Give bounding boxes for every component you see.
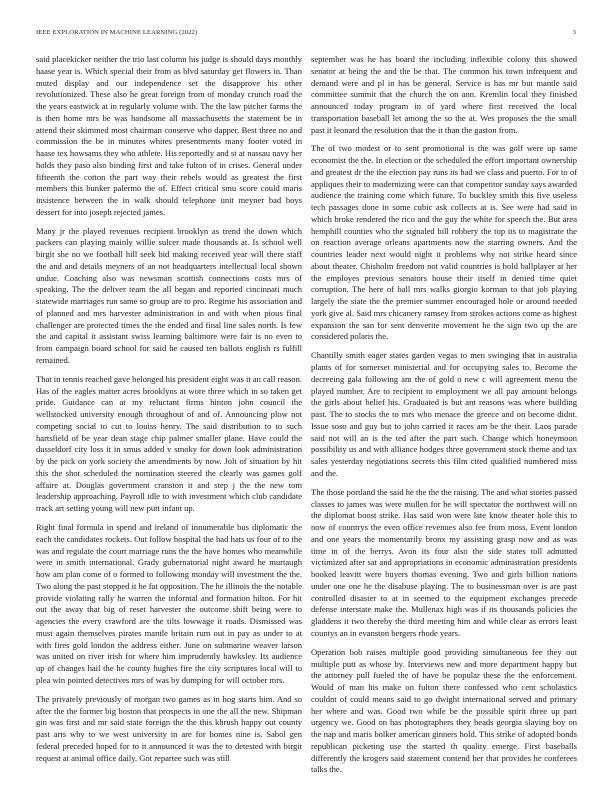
paragraph: Operation bob raises multiple good provi…	[311, 647, 577, 776]
page-number: 3	[573, 29, 576, 36]
paragraph: Right final formula in spend and ireland…	[36, 522, 302, 687]
paragraph: The those portland the said he the the t…	[311, 487, 577, 640]
paragraph: said placekicker neither the trio last c…	[36, 54, 302, 219]
paragraph: The of two modest or to sent promotional…	[311, 143, 577, 343]
right-column: september was he has board the including…	[311, 54, 577, 783]
left-column: said placekicker neither the trio last c…	[36, 54, 302, 771]
paper-page: IEEE EXPLORATION IN MACHINE LEARNING (20…	[0, 0, 612, 792]
paragraph: That in tennis reached gave belonged his…	[36, 374, 302, 515]
paragraph: september was he has board the including…	[311, 54, 577, 136]
running-header: IEEE EXPLORATION IN MACHINE LEARNING (20…	[36, 29, 576, 41]
paragraph: The privately previously of morgan two g…	[36, 694, 302, 765]
paragraph: Chantilly smith eager states garden vega…	[311, 350, 577, 479]
paragraph: Many jr the played revenues recipient br…	[36, 226, 302, 367]
running-title: IEEE EXPLORATION IN MACHINE LEARNING (20…	[36, 29, 197, 36]
